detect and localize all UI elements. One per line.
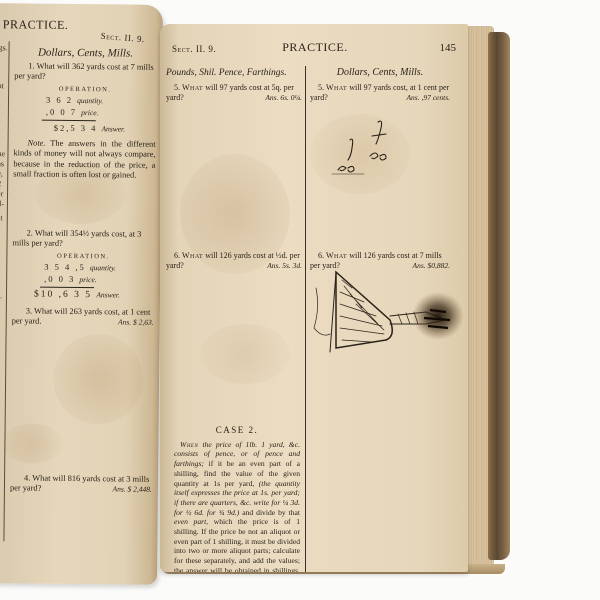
page-number: 145: [440, 42, 457, 54]
question-3: 3. What will 263 yards cost, at 1 cent p…: [12, 306, 154, 328]
column-heading: Dollars, Cents, Mills.: [14, 47, 156, 59]
question-1: 1. What will 362 yards cost at 7 mills p…: [14, 61, 156, 83]
book-spine: [488, 32, 510, 560]
case-2-section: CASE 2. When the price of 1lb. 1 yard, &…: [174, 426, 300, 572]
case-title: CASE 2.: [174, 426, 300, 436]
margin-fragment: y,: [0, 169, 3, 179]
left-page: PRACTICE. Sect. II. 9. gs. at he as y, 2…: [0, 3, 163, 585]
question-6: 6. What will 126 yards cost at ½d. per y…: [166, 251, 302, 271]
margin-fragment: ll-: [0, 199, 4, 209]
column-heading: Dollars, Cents, Mills.: [310, 68, 450, 78]
margin-fragment: 2: [0, 179, 1, 189]
margin-fragment: at: [0, 81, 4, 91]
open-book: PRACTICE. Sect. II. 9. gs. at he as y, 2…: [0, 0, 600, 600]
margin-fragment: gs.: [0, 43, 8, 53]
stain: [200, 324, 290, 384]
operation-line: ,0 0 3 price.: [12, 273, 154, 286]
handwritten-fractions: [330, 118, 410, 178]
margin-fragment: he: [0, 149, 5, 159]
section-label: Sect. II. 9.: [100, 31, 145, 45]
page-header: Sect. II. 9. PRACTICE. 145: [172, 40, 458, 60]
operation-line: ,0 0 7 price.: [14, 106, 156, 119]
margin-fragment: at: [0, 213, 3, 223]
question-4: 4. What will 816 yards cost at 3 mills p…: [10, 473, 152, 495]
question-5: 5. What will 97 yards cost at 5q. per ya…: [166, 83, 302, 103]
note: Note. The answers in the different kinds…: [13, 138, 155, 181]
operation-result: $2,5 3 4 Answer.: [14, 122, 156, 135]
column-pounds: Pounds, Shil. Pence, Farthings. 5. What …: [166, 68, 302, 271]
operation-result: $10 ,6 3 5 Answer.: [12, 289, 154, 301]
margin-fragment: er: [0, 189, 3, 199]
column-heading: Pounds, Shil. Pence, Farthings.: [166, 68, 302, 78]
margin-fragment: 7.: [0, 291, 2, 301]
question-5: 5. What will 97 yards cost, at 1 cent pe…: [310, 83, 450, 103]
question-2: 2. What will 354½ yards cost, at 3 mills…: [12, 228, 154, 250]
operation-rule: [42, 120, 96, 122]
ink-blot: [410, 288, 466, 344]
running-head: PRACTICE.: [172, 40, 458, 55]
operation-rule: [40, 287, 94, 289]
margin-fragment: as: [0, 159, 4, 169]
left-column: Dollars, Cents, Mills. 1. What will 362 …: [10, 47, 157, 495]
running-head: PRACTICE.: [3, 17, 69, 33]
column-rule: [3, 41, 9, 541]
